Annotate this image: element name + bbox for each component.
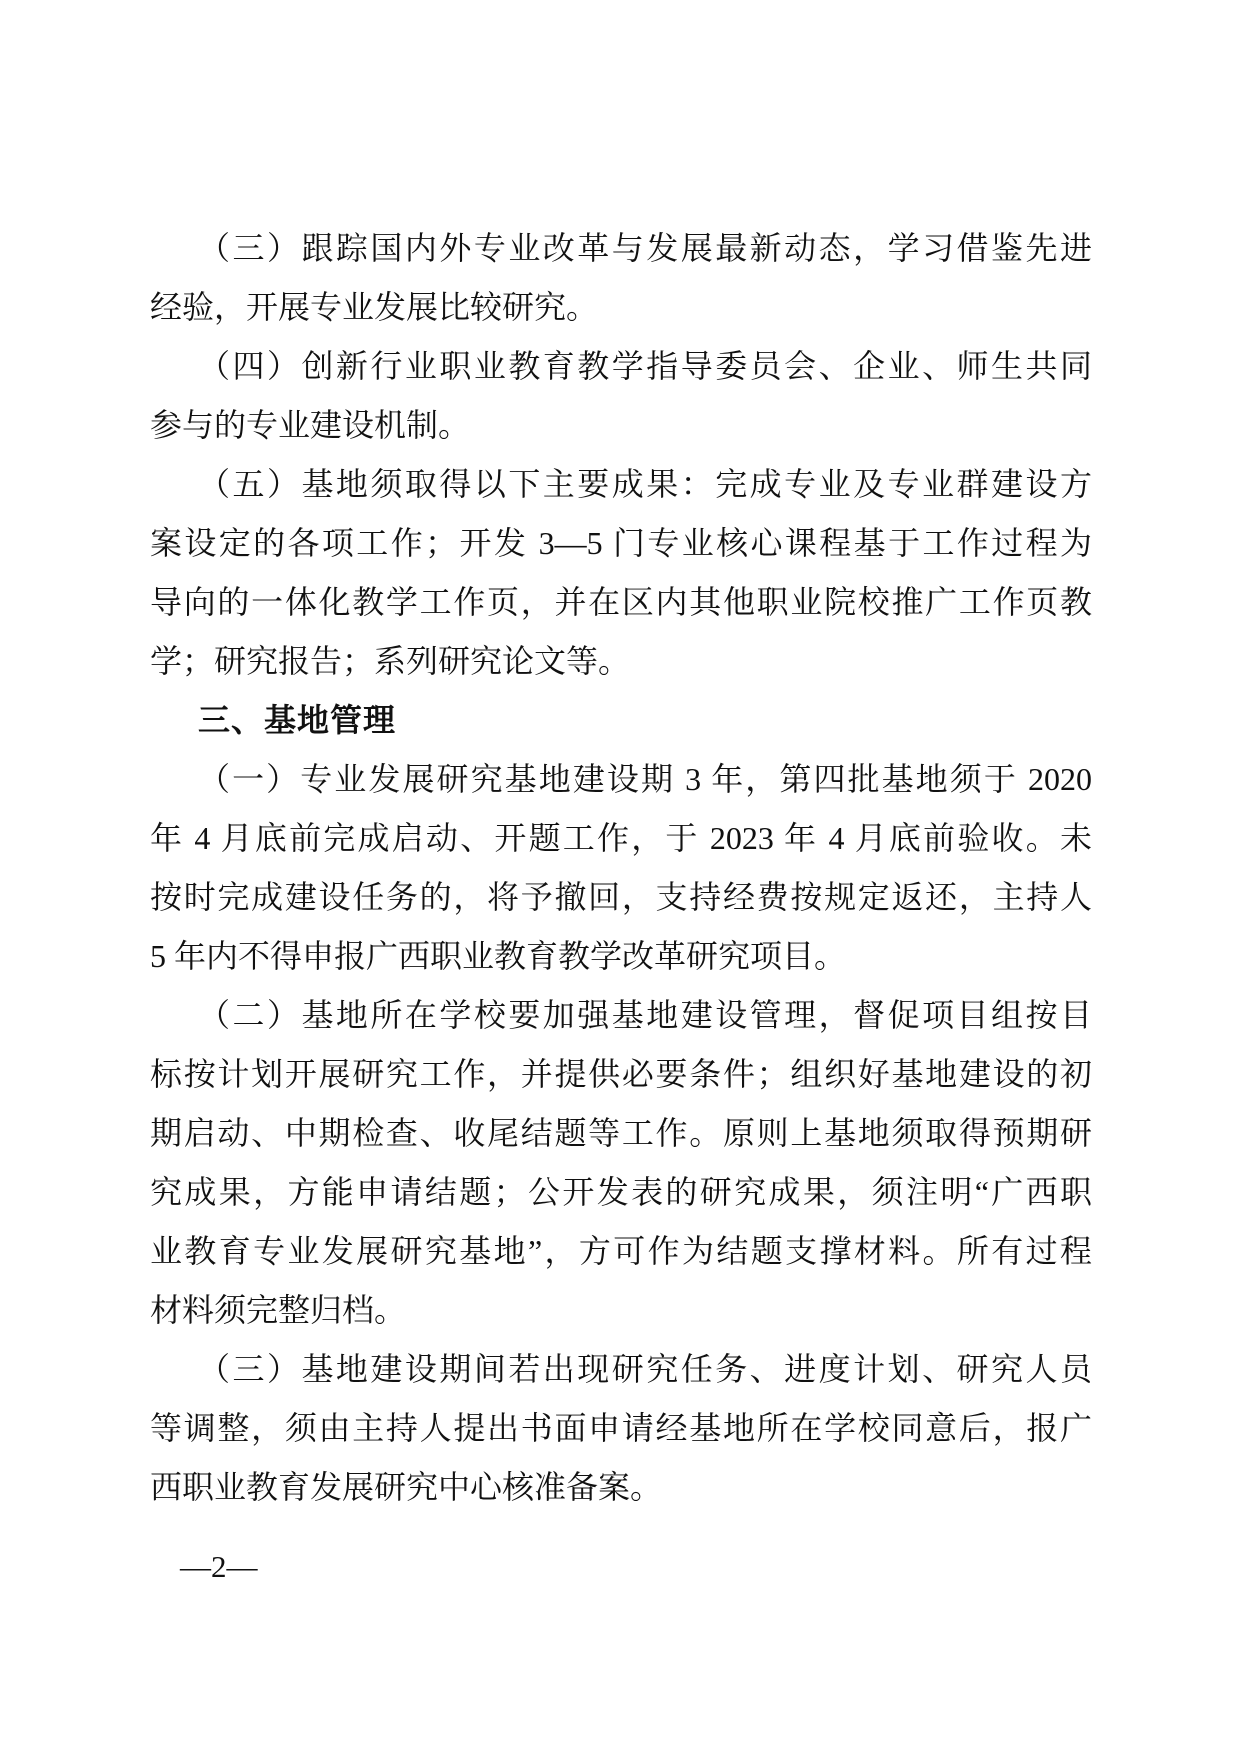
document-line: 参与的专业建设机制。 (150, 396, 1092, 455)
document-line: 导向的一体化教学工作页，并在区内其他职业院校推广工作页教 (150, 573, 1092, 632)
section-heading: 三、基地管理 (150, 691, 1092, 750)
page-number: —2— (180, 1547, 258, 1587)
document-line: 经验，开展专业发展比较研究。 (150, 278, 1092, 337)
document-line: （四）创新行业职业教育教学指导委员会、企业、师生共同 (150, 337, 1092, 396)
document-line: 究成果，方能申请结题；公开发表的研究成果，须注明“广西职 (150, 1163, 1092, 1222)
document-line: 案设定的各项工作；开发 3—5 门专业核心课程基于工作过程为 (150, 514, 1092, 573)
document-line: 期启动、中期检查、收尾结题等工作。原则上基地须取得预期研 (150, 1104, 1092, 1163)
document-page: （三）跟踪国内外专业改革与发展最新动态，学习借鉴先进经验，开展专业发展比较研究。… (0, 0, 1241, 1754)
document-line: 业教育专业发展研究基地”，方可作为结题支撑材料。所有过程 (150, 1222, 1092, 1281)
document-line: 等调整，须由主持人提出书面申请经基地所在学校同意后，报广 (150, 1399, 1092, 1458)
document-line: （一）专业发展研究基地建设期 3 年，第四批基地须于 2020 (150, 750, 1092, 809)
document-lines: （三）跟踪国内外专业改革与发展最新动态，学习借鉴先进经验，开展专业发展比较研究。… (150, 219, 1092, 1517)
document-line: 材料须完整归档。 (150, 1281, 1092, 1340)
document-line: 5 年内不得申报广西职业教育教学改革研究项目。 (150, 927, 1092, 986)
document-line: （三）基地建设期间若出现研究任务、进度计划、研究人员 (150, 1340, 1092, 1399)
document-line: 标按计划开展研究工作，并提供必要条件；组织好基地建设的初 (150, 1045, 1092, 1104)
document-line: 学；研究报告；系列研究论文等。 (150, 632, 1092, 691)
document-line: （三）跟踪国内外专业改革与发展最新动态，学习借鉴先进 (150, 219, 1092, 278)
document-line: （二）基地所在学校要加强基地建设管理，督促项目组按目 (150, 986, 1092, 1045)
document-line: 西职业教育发展研究中心核准备案。 (150, 1458, 1092, 1517)
document-line: （五）基地须取得以下主要成果：完成专业及专业群建设方 (150, 455, 1092, 514)
document-line: 年 4 月底前完成启动、开题工作，于 2023 年 4 月底前验收。未 (150, 809, 1092, 868)
document-line: 按时完成建设任务的，将予撤回，支持经费按规定返还，主持人 (150, 868, 1092, 927)
